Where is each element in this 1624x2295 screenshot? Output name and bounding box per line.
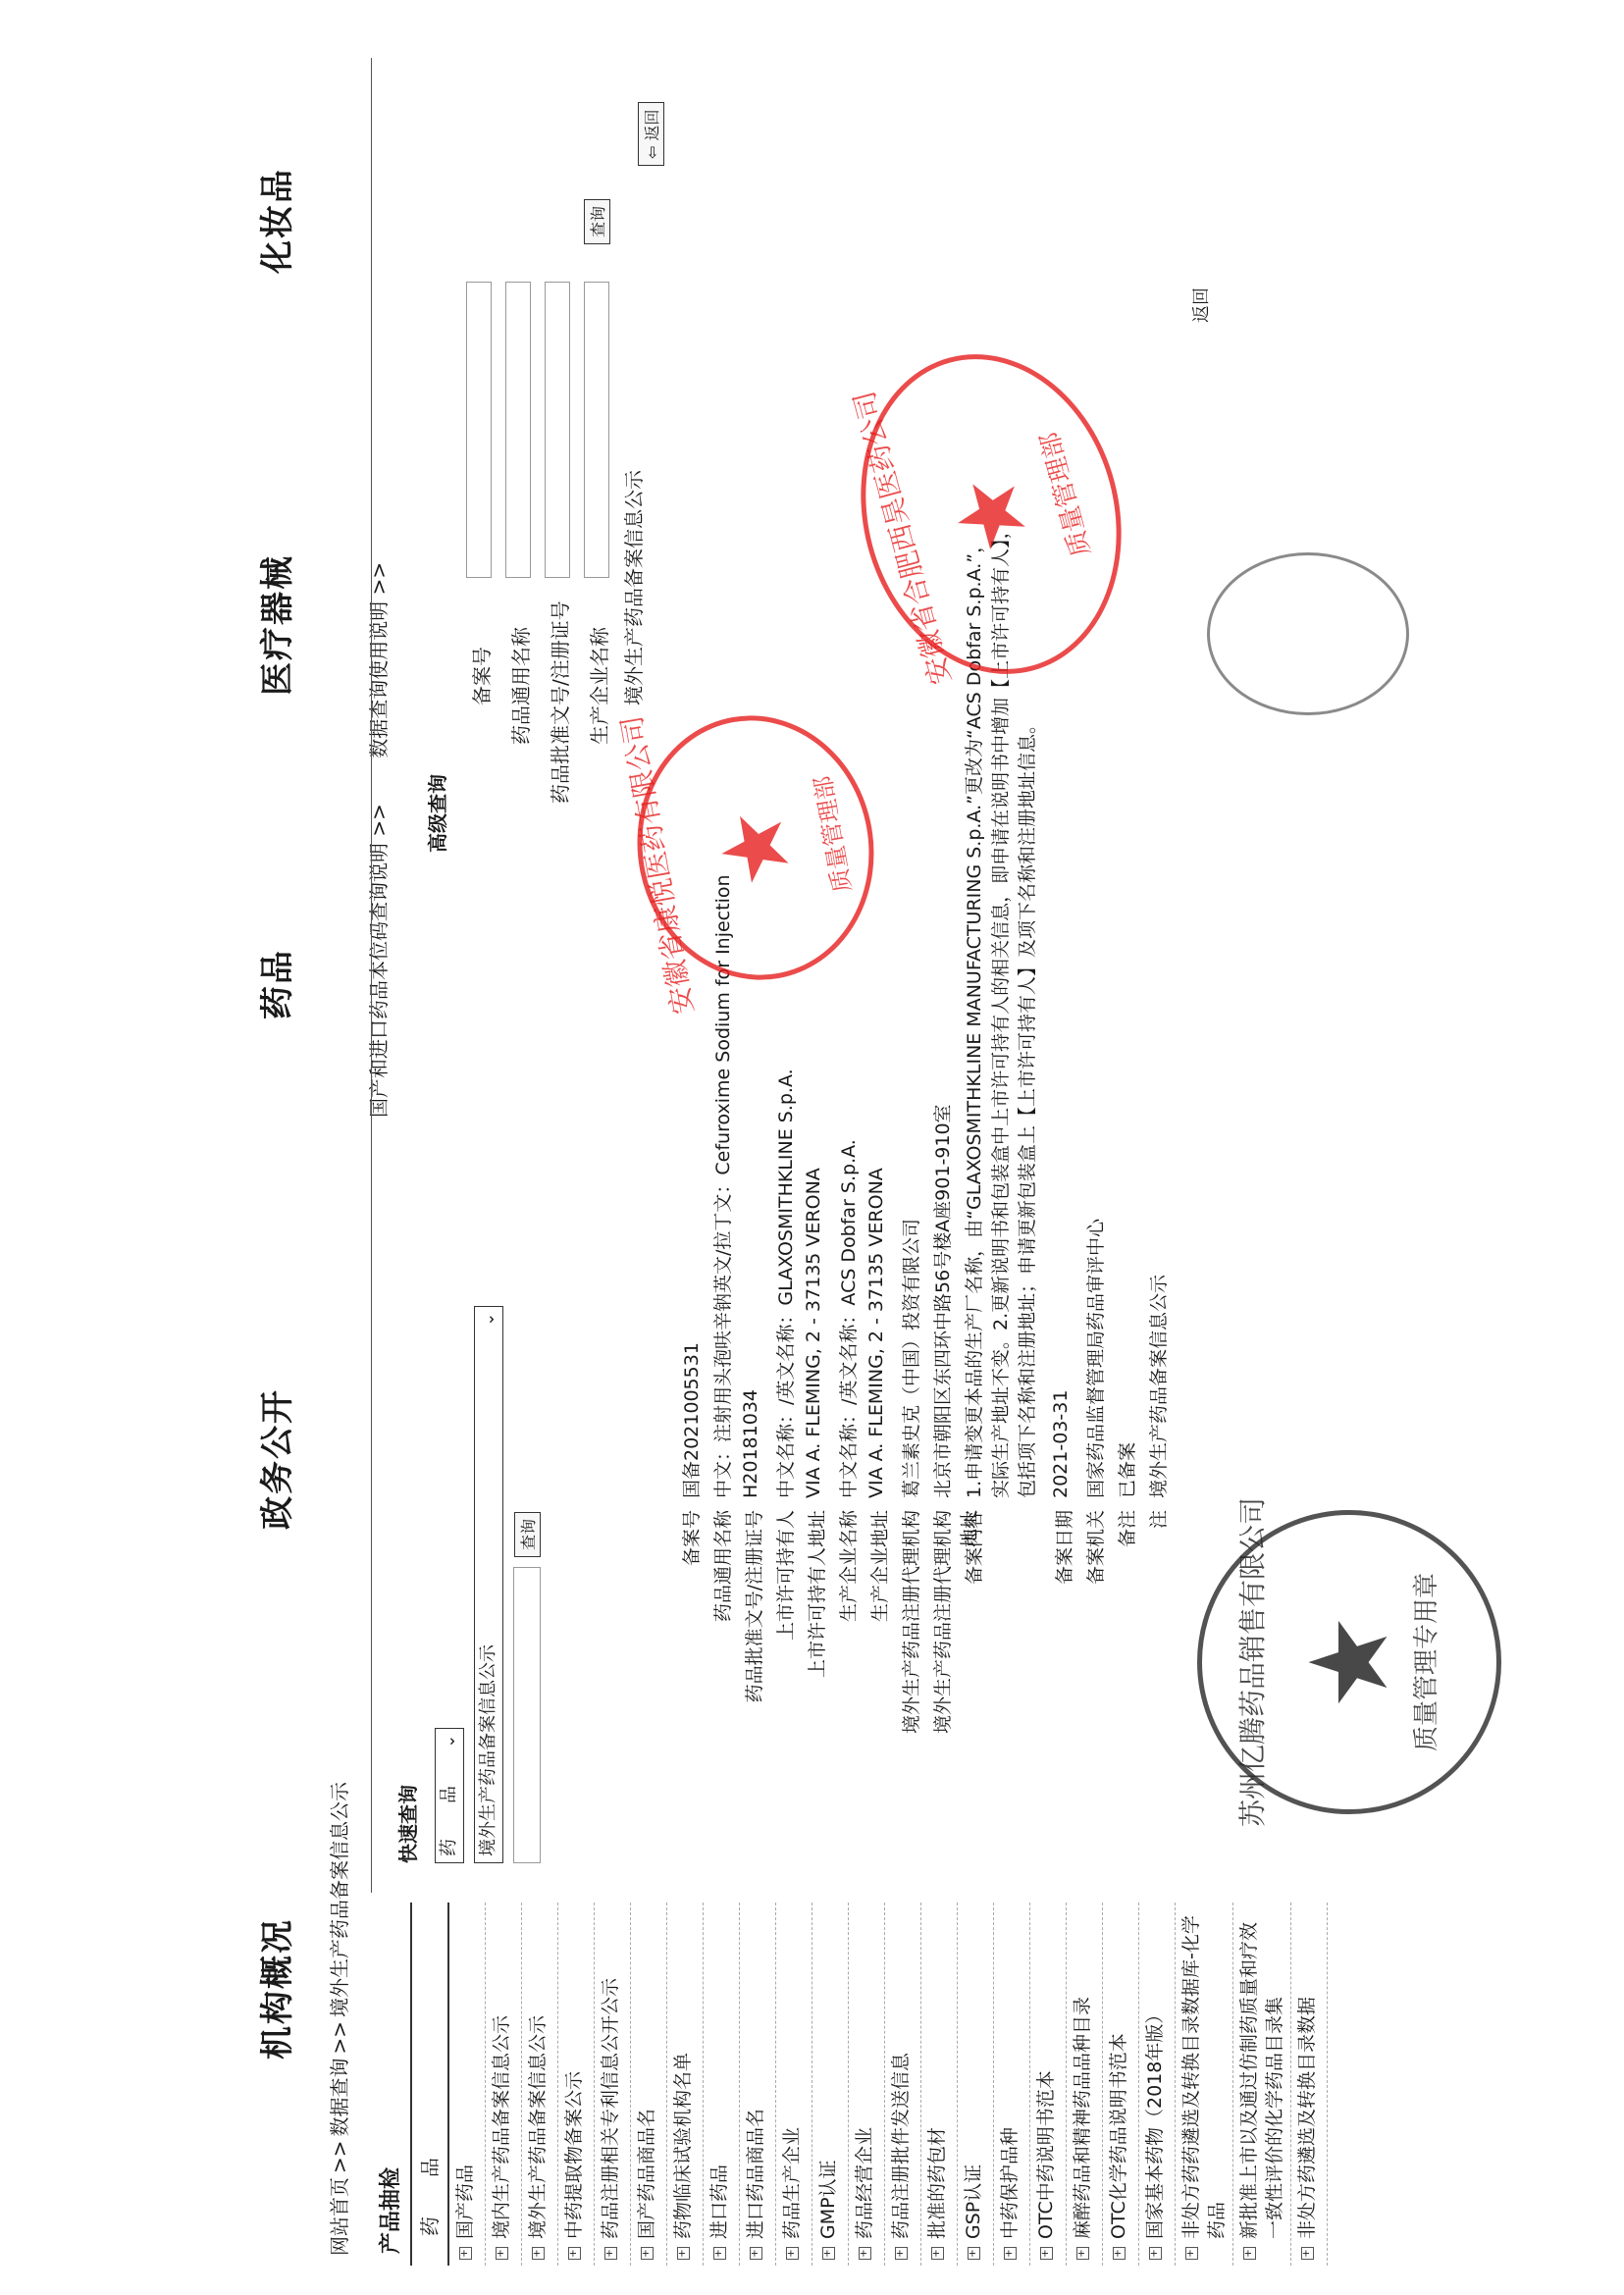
row-value: 1.申请变更本品的生产厂名称，由“GLAXOSMITHKLINE MANUFAC… bbox=[960, 520, 1039, 1498]
filing-no-input[interactable] bbox=[466, 282, 492, 578]
category-select[interactable]: 药 品 ⌄ bbox=[435, 1728, 464, 1863]
approval-no-input[interactable] bbox=[545, 282, 570, 578]
back-button[interactable]: ⇦ 返回 bbox=[638, 102, 664, 166]
sidebar-item[interactable]: +非处方药遴选及转换目录数据 bbox=[1291, 1903, 1328, 2266]
red-seal-stamp: ★ 安徽省康悦医药有限公司 质量管理部 bbox=[616, 697, 894, 999]
chevron-down-icon: ⌄ bbox=[436, 1735, 463, 1747]
sidebar-item-label: 境外生产药品备案信息公示 bbox=[525, 2015, 550, 2239]
nav-item-drugs[interactable]: 药品 bbox=[250, 949, 298, 1019]
nav-item-cosmetics[interactable]: 化妆品 bbox=[250, 168, 298, 274]
sidebar-item[interactable]: +国家基本药物（2018年版） bbox=[1139, 1903, 1176, 2266]
detail-back-link[interactable]: 返回 bbox=[1187, 287, 1213, 323]
row-value: 中文名称：/英文名称：GLAXOSMITHKLINE S.p.A. bbox=[771, 1069, 798, 1498]
detail-row: 生产企业地址VIA A. FLEMING, 2 - 37135 VERONA bbox=[865, 1168, 892, 1736]
sidebar-item-label: 中药保护品种 bbox=[997, 2127, 1022, 2239]
dataset-select[interactable]: 境外生产药品备案信息公示 ⌄ bbox=[474, 1306, 503, 1863]
expand-icon: + bbox=[1243, 2247, 1256, 2260]
expand-icon: + bbox=[532, 2247, 545, 2260]
detail-row: 药品通用名称中文：注射用头孢呋辛钠英文/拉丁文：Cefuroxime Sodiu… bbox=[708, 874, 735, 1736]
row-value: 中文：注射用头孢呋辛钠英文/拉丁文：Cefuroxime Sodium for … bbox=[708, 874, 735, 1498]
row-label: 备案日期 bbox=[1050, 1498, 1076, 1736]
row-label: 注 bbox=[1144, 1498, 1171, 1736]
sidebar-item[interactable]: +OTC中药说明书范本 bbox=[1030, 1903, 1067, 2266]
expand-icon: + bbox=[822, 2247, 835, 2260]
sidebar-item[interactable]: +中药保护品种 bbox=[994, 1903, 1030, 2266]
sidebar-item[interactable]: +药品注册批件发送信息 bbox=[885, 1903, 921, 2266]
sidebar-item-label: GMP认证 bbox=[815, 2160, 841, 2239]
sidebar-item-label: 非处方药药遴选及转换目录数据库-化学药品 bbox=[1179, 1906, 1230, 2239]
detail-row: 备案内容1.申请变更本品的生产厂名称，由“GLAXOSMITHKLINE MAN… bbox=[960, 520, 1039, 1736]
expand-icon: + bbox=[786, 2247, 799, 2260]
row-value: 已备案 bbox=[1113, 1442, 1139, 1498]
sidebar-item-label: 境内生产药品备案信息公示 bbox=[489, 2015, 514, 2239]
sidebar-item[interactable]: +中药提取物备案公示 bbox=[558, 1903, 595, 2266]
breadcrumb-home[interactable]: 网站首页 bbox=[328, 2177, 351, 2256]
detail-row: 备注已备案 bbox=[1113, 1442, 1139, 1736]
black-seal-stamp: ★ 苏州亿腾药品销售有限公司 质量管理专用章 bbox=[1197, 1510, 1501, 1814]
breadcrumb-current: 境外生产药品备案信息公示 bbox=[328, 1782, 351, 2017]
detail-row: 上市许可持有人地址VIA A. FLEMING, 2 - 37135 VERON… bbox=[803, 1168, 829, 1736]
row-label: 生产企业名称 bbox=[834, 1498, 861, 1736]
sidebar-item-label: 国家基本药物（2018年版） bbox=[1142, 2006, 1168, 2239]
row-label: 备案号 bbox=[677, 1498, 704, 1736]
detail-row: 上市许可持有人中文名称：/英文名称：GLAXOSMITHKLINE S.p.A. bbox=[771, 1069, 798, 1736]
row-value: 国家药品监督管理局药品审评中心 bbox=[1081, 1219, 1108, 1498]
row-label: 药品通用名称 bbox=[708, 1498, 735, 1736]
expand-icon: + bbox=[604, 2247, 617, 2260]
row-label: 上市许可持有人地址 bbox=[803, 1498, 829, 1736]
sidebar-item-label: GSP认证 bbox=[961, 2165, 986, 2239]
sidebar-item[interactable]: +药物临床试验机构名单 bbox=[667, 1903, 704, 2266]
generic-name-input[interactable] bbox=[505, 282, 531, 578]
detail-row: 境外生产药品注册代理机构葛兰素史克（中国）投资有限公司 bbox=[897, 1219, 923, 1736]
sidebar-item-label: 药品注册批件发送信息 bbox=[888, 2053, 914, 2239]
sidebar-item-label: 非处方药遴选及转换目录数据 bbox=[1294, 1997, 1320, 2239]
sidebar-item[interactable]: +国产药品商品名 bbox=[631, 1903, 667, 2266]
detail-row: 生产企业名称中文名称：/英文名称：ACS Dobfar S.p.A. bbox=[834, 1139, 861, 1736]
sidebar-item-label: 中药提取物备案公示 bbox=[561, 2071, 587, 2239]
scanned-page: 机构概况 政务公开 药品 医疗器械 化妆品 网站首页>>数据查询>>境外生产药品… bbox=[0, 0, 1624, 2295]
row-value: 2021-03-31 bbox=[1050, 1390, 1076, 1498]
expand-icon: + bbox=[641, 2247, 654, 2260]
header-links: 国产和进口药品本位码查询说明 >> 数据查询使用说明 >> bbox=[363, 523, 392, 1118]
sidebar-item[interactable]: +国产药品 bbox=[449, 1903, 486, 2266]
breadcrumb-data-query[interactable]: 数据查询 bbox=[328, 2058, 351, 2136]
expand-icon: + bbox=[1149, 2247, 1162, 2260]
expand-icon: + bbox=[895, 2247, 908, 2260]
row-label: 境外生产药品注册代理机构 bbox=[897, 1498, 923, 1736]
back-arrow-icon: ⇦ bbox=[643, 141, 661, 160]
sidebar-list: +国产药品+境内生产药品备案信息公示+境外生产药品备案信息公示+中药提取物备案公… bbox=[449, 1903, 1328, 2266]
row-value: H20181034 bbox=[740, 1389, 766, 1498]
sidebar-item[interactable]: +进口药品 bbox=[704, 1903, 740, 2266]
sidebar: 产品抽检 药 品 +国产药品+境内生产药品备案信息公示+境外生产药品备案信息公示… bbox=[373, 1903, 1328, 2266]
star-icon: ★ bbox=[1295, 1614, 1403, 1711]
row-label: 药品批准文号/注册证号 bbox=[740, 1498, 766, 1736]
sidebar-header[interactable]: 产品抽检 bbox=[373, 1903, 412, 2266]
row-label: 备案机关 bbox=[1081, 1498, 1108, 1736]
expand-icon: + bbox=[1301, 2247, 1314, 2260]
sidebar-item[interactable]: +境外生产药品备案信息公示 bbox=[522, 1903, 558, 2266]
expand-icon: + bbox=[1185, 2247, 1198, 2260]
detail-title: 境外生产药品备案信息公示 bbox=[618, 470, 647, 705]
divider bbox=[371, 58, 372, 1893]
top-nav: 机构概况 政务公开 药品 医疗器械 化妆品 bbox=[250, 0, 309, 2295]
sidebar-item[interactable]: +OTC化学药品说明书范本 bbox=[1103, 1903, 1139, 2266]
row-label: 生产企业地址 bbox=[865, 1498, 892, 1736]
quick-search-input[interactable] bbox=[513, 1567, 541, 1863]
sidebar-item-label: 批准的药包材 bbox=[924, 2127, 950, 2239]
nav-item-gov-affairs[interactable]: 政务公开 bbox=[250, 1388, 298, 1530]
expand-icon: + bbox=[859, 2247, 871, 2260]
expand-icon: + bbox=[1113, 2247, 1126, 2260]
quick-search-button[interactable]: 查询 bbox=[514, 1512, 541, 1557]
row-value: VIA A. FLEMING, 2 - 37135 VERONA bbox=[865, 1168, 892, 1498]
sidebar-item-label: 国产药品商品名 bbox=[634, 2109, 659, 2239]
sidebar-item[interactable]: +药品注册相关专利信息公开公示 bbox=[595, 1903, 631, 2266]
expand-icon: + bbox=[931, 2247, 944, 2260]
row-value: 境外生产药品备案信息公示 bbox=[1144, 1275, 1171, 1498]
quick-search-panel: 快速查询 药 品 ⌄ 境外生产药品备案信息公示 ⌄ 查询 bbox=[373, 1461, 541, 1883]
field-label-manufacturer: 生产企业名称 bbox=[584, 627, 612, 745]
sidebar-item[interactable]: +境内生产药品备案信息公示 bbox=[486, 1903, 522, 2266]
sidebar-item-label: 药品经营企业 bbox=[852, 2127, 877, 2239]
faint-seal-stamp bbox=[1207, 552, 1409, 715]
sidebar-item-label: 药品注册相关专利信息公开公示 bbox=[598, 1978, 623, 2239]
manufacturer-input[interactable] bbox=[584, 282, 609, 578]
nav-item-devices[interactable]: 医疗器械 bbox=[250, 554, 298, 696]
row-label: 备案内容 bbox=[960, 1498, 1039, 1736]
detail-row: 药品批准文号/注册证号H20181034 bbox=[740, 1389, 766, 1736]
advanced-search-button[interactable]: 查询 bbox=[584, 199, 610, 244]
expand-icon: + bbox=[968, 2247, 980, 2260]
expand-icon: + bbox=[568, 2247, 581, 2260]
row-value: VIA A. FLEMING, 2 - 37135 VERONA bbox=[803, 1168, 829, 1498]
sidebar-item[interactable]: +GMP认证 bbox=[812, 1903, 849, 2266]
sidebar-item-label: 国产药品 bbox=[452, 2165, 478, 2239]
detail-row: 备案日期2021-03-31 bbox=[1050, 1390, 1076, 1736]
sidebar-item[interactable]: +新批准上市以及通过仿制药质量和疗效一致性评价的化学药品目录集 bbox=[1233, 1903, 1291, 2266]
field-label-generic-name: 药品通用名称 bbox=[505, 627, 534, 745]
sidebar-item[interactable]: +GSP认证 bbox=[958, 1903, 994, 2266]
sidebar-item[interactable]: +麻醉药品和精神药品品种目录 bbox=[1067, 1903, 1103, 2266]
expand-icon: + bbox=[677, 2247, 690, 2260]
field-label-filing-no: 备案号 bbox=[466, 647, 495, 705]
breadcrumb: 网站首页>>数据查询>>境外生产药品备案信息公示 bbox=[324, 1782, 352, 2256]
sidebar-category-drugs[interactable]: 药 品 bbox=[412, 1903, 449, 2266]
row-value: 中文名称：/英文名称：ACS Dobfar S.p.A. bbox=[834, 1139, 861, 1498]
sidebar-item[interactable]: +进口药品商品名 bbox=[740, 1903, 776, 2266]
sidebar-item-label: 药品生产企业 bbox=[779, 2127, 805, 2239]
expand-icon: + bbox=[1076, 2247, 1089, 2260]
expand-icon: + bbox=[713, 2247, 726, 2260]
sidebar-item-label: 新批准上市以及通过仿制药质量和疗效一致性评价的化学药品目录集 bbox=[1236, 1906, 1287, 2239]
sidebar-item[interactable]: +药品生产企业 bbox=[776, 1903, 812, 2266]
quick-search-title: 快速查询 bbox=[393, 1461, 421, 1863]
row-value: 国备2021005531 bbox=[677, 1342, 704, 1498]
advanced-search-title: 高级查询 bbox=[422, 774, 450, 853]
detail-row: 备案机关国家药品监督管理局药品审评中心 bbox=[1081, 1219, 1108, 1736]
row-label: 上市许可持有人 bbox=[771, 1498, 798, 1736]
sidebar-item-label: OTC中药说明书范本 bbox=[1033, 2070, 1059, 2239]
sidebar-item-label: 药物临床试验机构名单 bbox=[670, 2053, 696, 2239]
sidebar-item-label: 进口药品商品名 bbox=[743, 2109, 768, 2239]
expand-icon: + bbox=[1004, 2247, 1017, 2260]
sidebar-item[interactable]: +非处方药药遴选及转换目录数据库-化学药品 bbox=[1176, 1903, 1233, 2266]
expand-icon: + bbox=[496, 2247, 508, 2260]
sidebar-item[interactable]: +批准的药包材 bbox=[921, 1903, 958, 2266]
expand-icon: + bbox=[1040, 2247, 1053, 2260]
field-label-approval-no: 药品批准文号/注册证号 bbox=[545, 600, 573, 804]
expand-icon: + bbox=[750, 2247, 762, 2260]
row-value: 葛兰素史克（中国）投资有限公司 bbox=[897, 1219, 923, 1498]
sidebar-item-label: OTC化学药品说明书范本 bbox=[1106, 2033, 1131, 2239]
row-label: 备注 bbox=[1113, 1498, 1139, 1736]
nav-item-org-overview[interactable]: 机构概况 bbox=[250, 1918, 298, 2060]
sidebar-item[interactable]: +药品经营企业 bbox=[849, 1903, 885, 2266]
detail-row: 备案号国备2021005531 bbox=[677, 1342, 704, 1736]
expand-icon: + bbox=[459, 2247, 472, 2260]
detail-row: 注境外生产药品备案信息公示 bbox=[1144, 1275, 1171, 1736]
sidebar-item-label: 麻醉药品和精神药品品种目录 bbox=[1070, 1997, 1095, 2239]
chevron-down-icon: ⌄ bbox=[475, 1313, 502, 1326]
sidebar-item-label: 进口药品 bbox=[707, 2165, 732, 2239]
